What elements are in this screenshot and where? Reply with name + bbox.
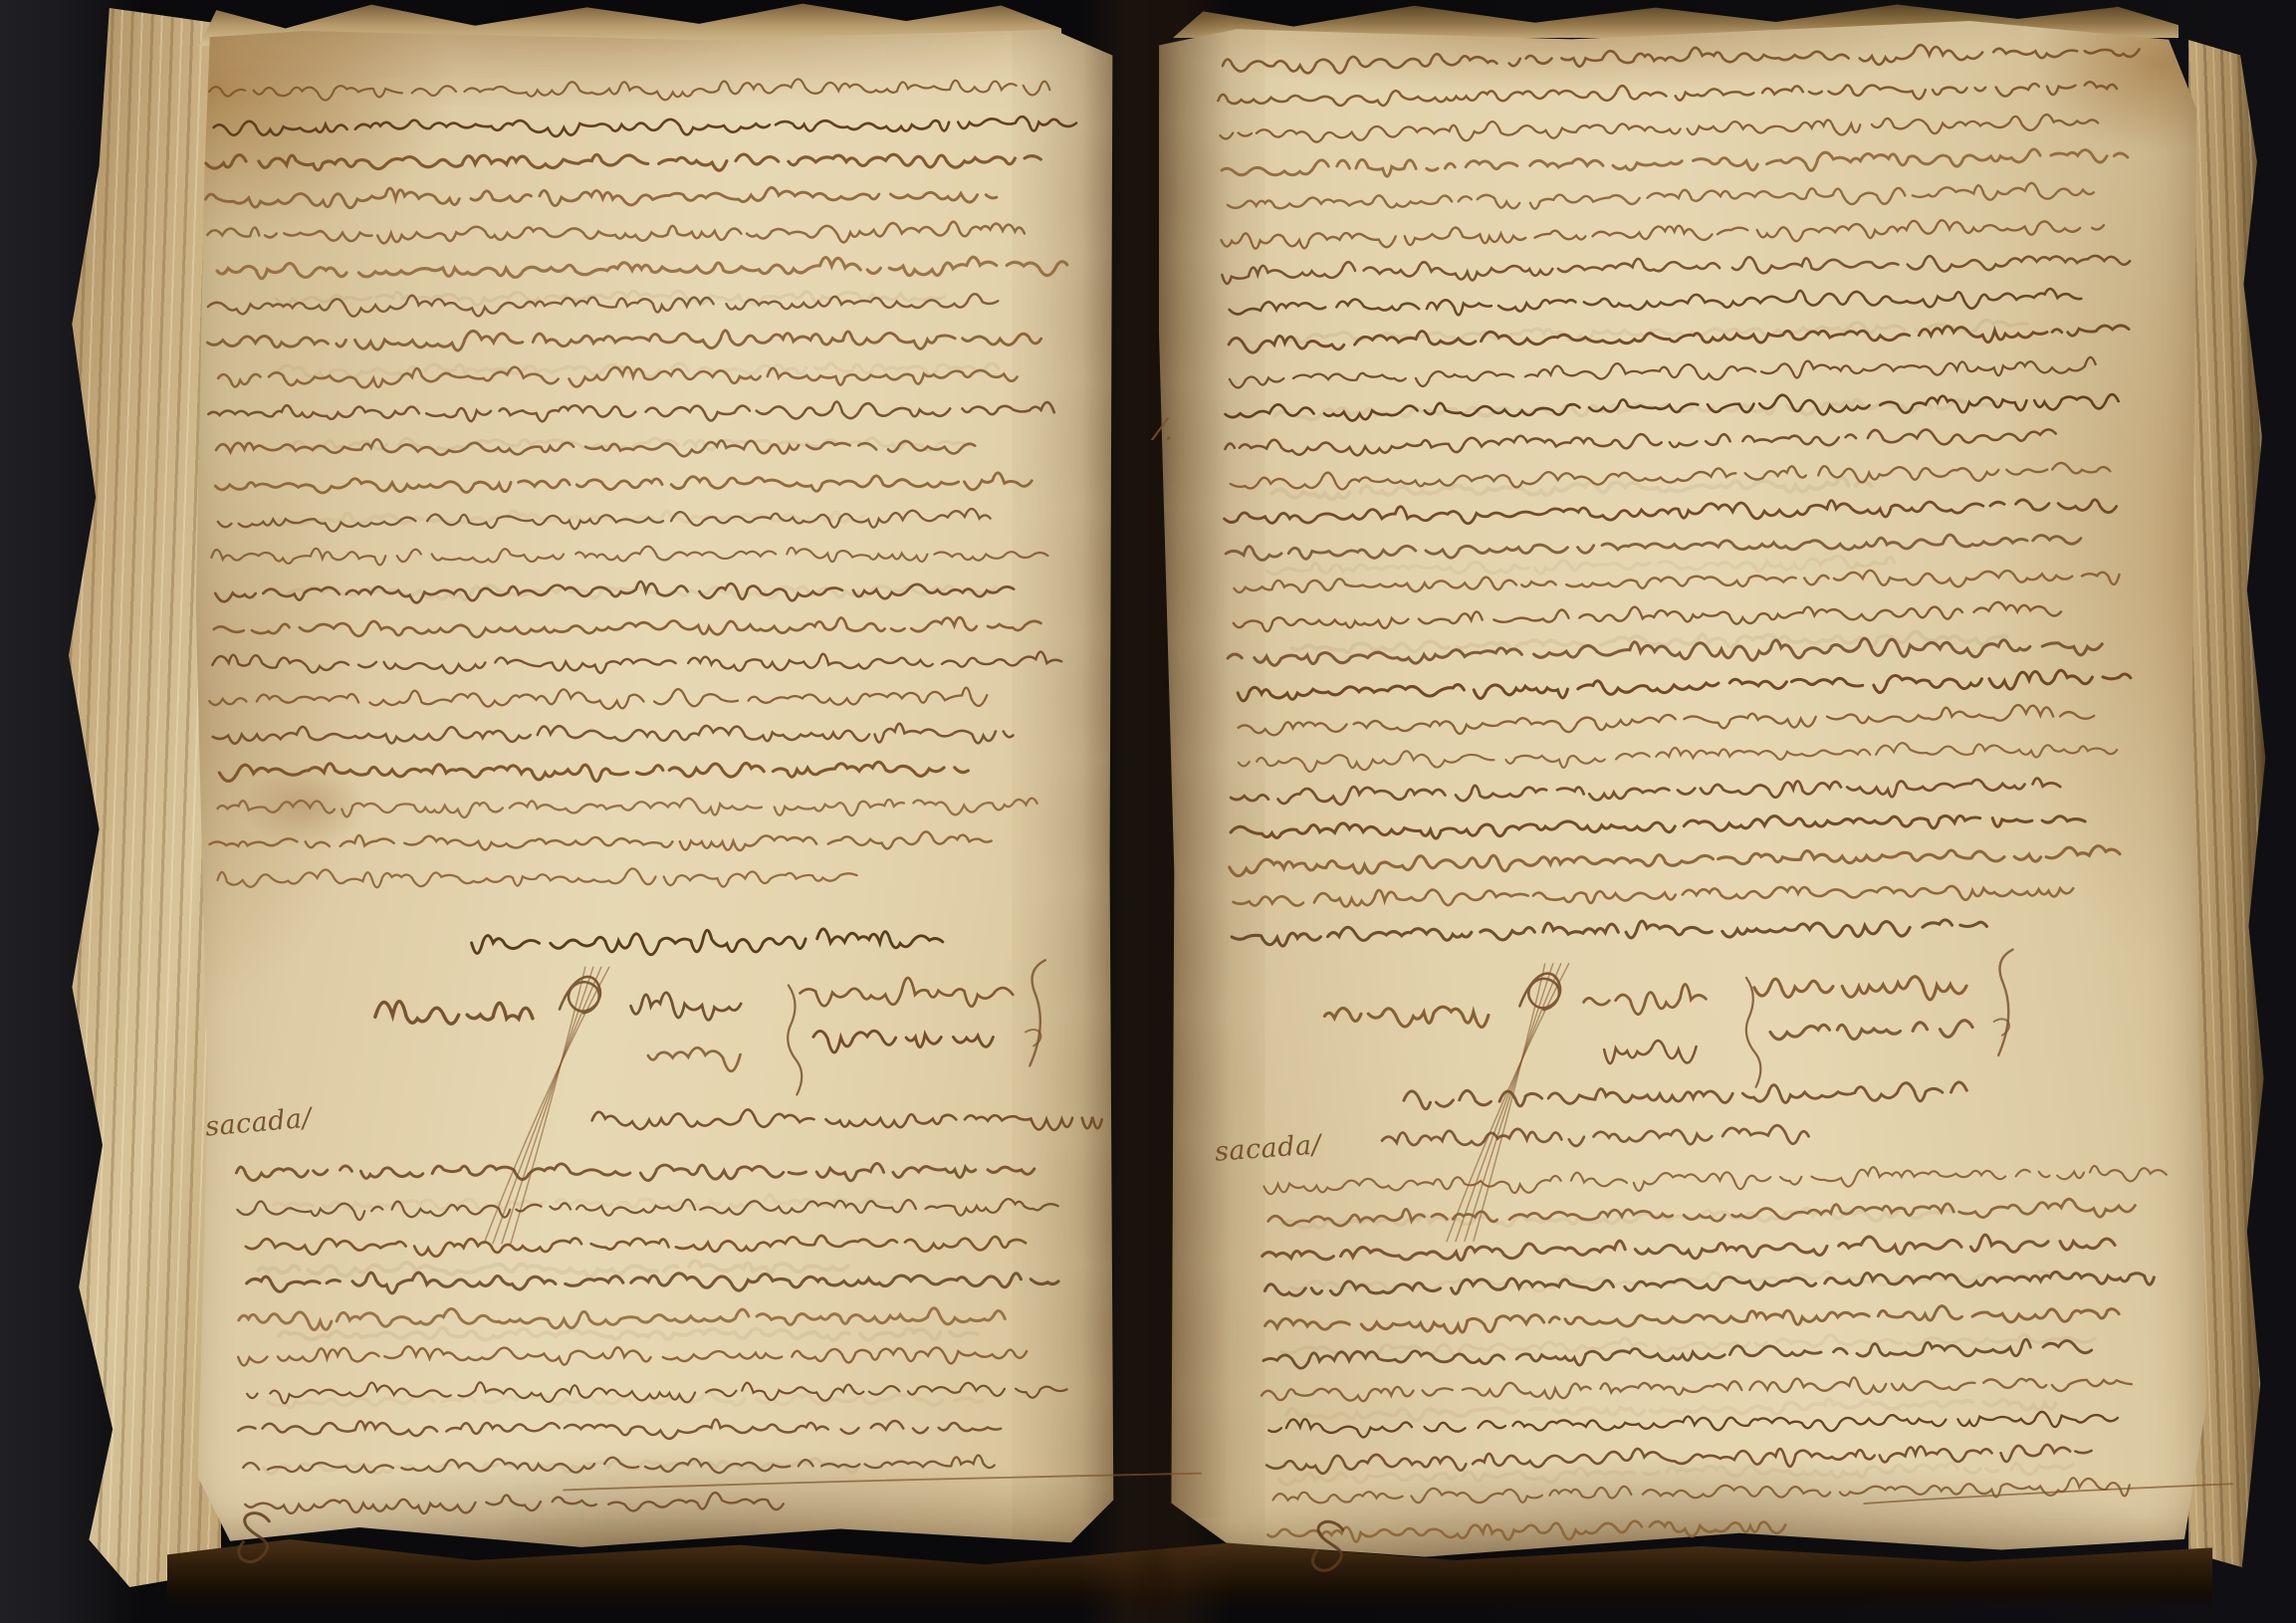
handwriting-left-page [205, 78, 1201, 1562]
handwriting-right-page [1217, 40, 2233, 1572]
manuscript-photo: sacada/ sacada/ /. [0, 0, 2296, 1623]
handwriting-layer [0, 0, 2296, 1623]
